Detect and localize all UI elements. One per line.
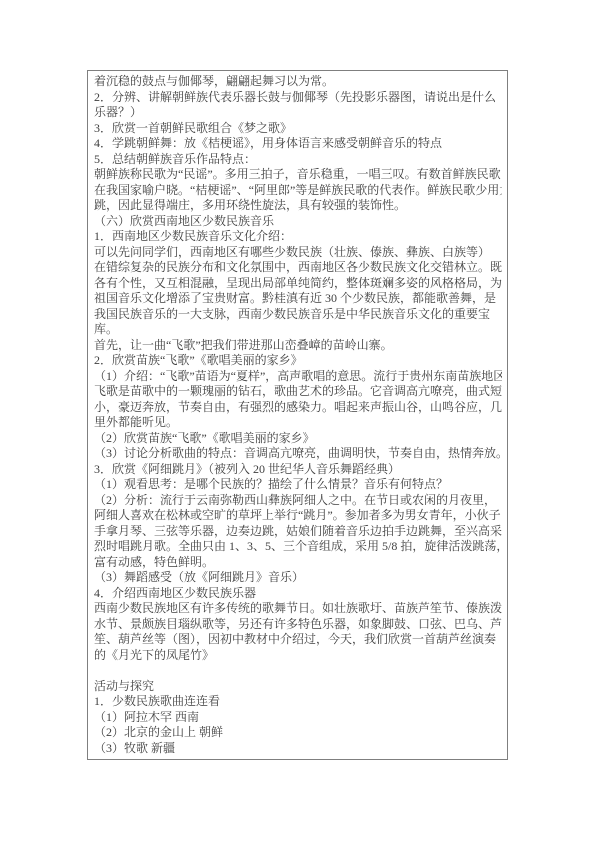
document-text-line: 水节、景颇族目瑙纵歌等，另还有许多特色乐器，如象脚鼓、口弦、巴乌、芦 bbox=[94, 617, 502, 633]
document-text-line: 首先，让一曲“飞歌”把我们带进那山峦叠嶂的苗岭山寨。 bbox=[94, 338, 502, 354]
document-text-line: 着沉稳的鼓点与伽倻琴，翩翩起舞习以为常。 bbox=[94, 74, 502, 90]
document-text-line: 2．分辨、讲解朝鲜族代表乐器长鼓与伽倻琴（先投影乐器图，请说出是什么 bbox=[94, 90, 502, 106]
document-text-line: 朝鲜族称民歌为“民谣”。多用三拍子，音乐稳重，一唱三叹。有数首鲜族民歌 bbox=[94, 167, 502, 183]
document-text-line: 可以先问同学们，西南地区有哪些少数民族（壮族、傣族、彝族、白族等） bbox=[94, 245, 502, 261]
document-text-line: （3）舞蹈感受（放《阿细跳月》音乐） bbox=[94, 570, 502, 586]
document-text-line: 阿细人喜欢在松林或空旷的草坪上举行“跳月”。参加者多为男女青年，小伙子 bbox=[94, 508, 502, 524]
document-text-line: 1．西南地区少数民族音乐文化介绍： bbox=[94, 229, 502, 245]
lesson-plan-table-cell: 着沉稳的鼓点与伽倻琴，翩翩起舞习以为常。2．分辨、讲解朝鲜族代表乐器长鼓与伽倻琴… bbox=[88, 71, 507, 759]
document-text-line bbox=[94, 663, 502, 679]
document-text-line: 的《月光下的凤尾竹》 bbox=[94, 648, 502, 664]
document-text-line: 1．少数民族歌曲连连看 bbox=[94, 694, 502, 710]
document-text-line: 5．总结朝鲜族音乐作品特点： bbox=[94, 152, 502, 168]
document-text-line: （2）北京的金山上 朝鲜 bbox=[94, 725, 502, 741]
document-text-line: 3．欣赏一首朝鲜民歌组合《梦之歌》 bbox=[94, 121, 502, 137]
document-text-line: （2）欣赏苗族“飞歌”《歌唱美丽的家乡》 bbox=[94, 431, 502, 447]
document-text-line: 各有个性，又互相混融，呈现出局部单纯简约，整体斑斓多姿的风格格局，为 bbox=[94, 276, 502, 292]
document-text-line: （3）牧歌 新疆 bbox=[94, 741, 502, 757]
document-text-line: （2）分析：流行于云南弥勒西山彝族阿细人之中。在节日或农闲的月夜里， bbox=[94, 493, 502, 509]
document-text-line: 在错综复杂的民族分布和文化氛围中，西南地区各少数民族文化交错林立。既 bbox=[94, 260, 502, 276]
document-text-line: 3．欣赏《阿细跳月》（被列入 20 世纪华人音乐舞蹈经典） bbox=[94, 462, 502, 478]
document-text-line: 烈时唱跳月歌。全曲只由 1、3、5、三个音组成，采用 5/8 拍，旋律活泼跳荡， bbox=[94, 539, 502, 555]
lesson-plan-table: 着沉稳的鼓点与伽倻琴，翩翩起舞习以为常。2．分辨、讲解朝鲜族代表乐器长鼓与伽倻琴… bbox=[87, 70, 508, 760]
document-text-line: （1）观看思考：是哪个民族的？描绘了什么情景？音乐有何特点？ bbox=[94, 477, 502, 493]
document-text-line: （3）讨论分析歌曲的特点：音调高亢嘹亮，曲调明快，节奏自由，热情奔放。 bbox=[94, 446, 502, 462]
document-text-line: 我国民族音乐的一大支脉，西南少数民族音乐是中华民族音乐文化的重要宝 bbox=[94, 307, 502, 323]
document-text-line: 西南少数民族地区有许多传统的歌舞节日。如壮族歌圩、苗族芦笙节、傣族泼 bbox=[94, 601, 502, 617]
document-page: 着沉稳的鼓点与伽倻琴，翩翩起舞习以为常。2．分辨、讲解朝鲜族代表乐器长鼓与伽倻琴… bbox=[0, 0, 595, 842]
document-text-line: 手拿月琴、三弦等乐器，边奏边跳，姑娘们随着音乐边拍手边跳舞，至兴高采 bbox=[94, 524, 502, 540]
document-text-line: 祖国音乐文化增添了宝贵财富。黔桂滇有近 30 个少数民族，都能歌善舞，是 bbox=[94, 291, 502, 307]
document-text-line: 库。 bbox=[94, 322, 502, 338]
document-text-line: （1）阿拉木罕 西南 bbox=[94, 710, 502, 726]
document-text-line: 小，豪迈奔放，节奏自由，有强烈的感染力。唱起来声振山谷，山鸣谷应，几 bbox=[94, 400, 502, 416]
document-text-line: 活动与探究 bbox=[94, 679, 502, 695]
document-text-line: 跳，因此显得端庄，多用环绕性旋法，具有较强的装饰性。 bbox=[94, 198, 502, 214]
document-text-line: （六）欣赏西南地区少数民族音乐 bbox=[94, 214, 502, 230]
document-text-line: 里外都能听见。 bbox=[94, 415, 502, 431]
document-text-line: 在我国家喻户晓。“桔梗谣”、“阿里郎”等是鲜族民歌的代表作。鲜族民歌少用大 bbox=[94, 183, 502, 199]
document-text-line: 笙、葫芦丝等（图），因初中教材中介绍过，今天，我们欣赏一首葫芦丝演奏 bbox=[94, 632, 502, 648]
document-text-line: 4．学跳朝鲜舞：放《桔梗谣》，用身体语言来感受朝鲜音乐的特点 bbox=[94, 136, 502, 152]
document-text-line: 4．介绍西南地区少数民族乐器 bbox=[94, 586, 502, 602]
document-text-line: （1）介绍：“飞歌”苗语为“夏样”，高声歌唱的意思。流行于贵州东南苗族地区， bbox=[94, 369, 502, 385]
document-text-line: 富有动感，特色鲜明。 bbox=[94, 555, 502, 571]
document-text-line: 2．欣赏苗族“飞歌”《歌唱美丽的家乡》 bbox=[94, 353, 502, 369]
document-text-line: 乐器？） bbox=[94, 105, 502, 121]
document-text-line: 飞歌是苗歌中的一颗瑰丽的钻石，歌曲艺术的珍品。它音调高亢嘹亮，曲式短 bbox=[94, 384, 502, 400]
